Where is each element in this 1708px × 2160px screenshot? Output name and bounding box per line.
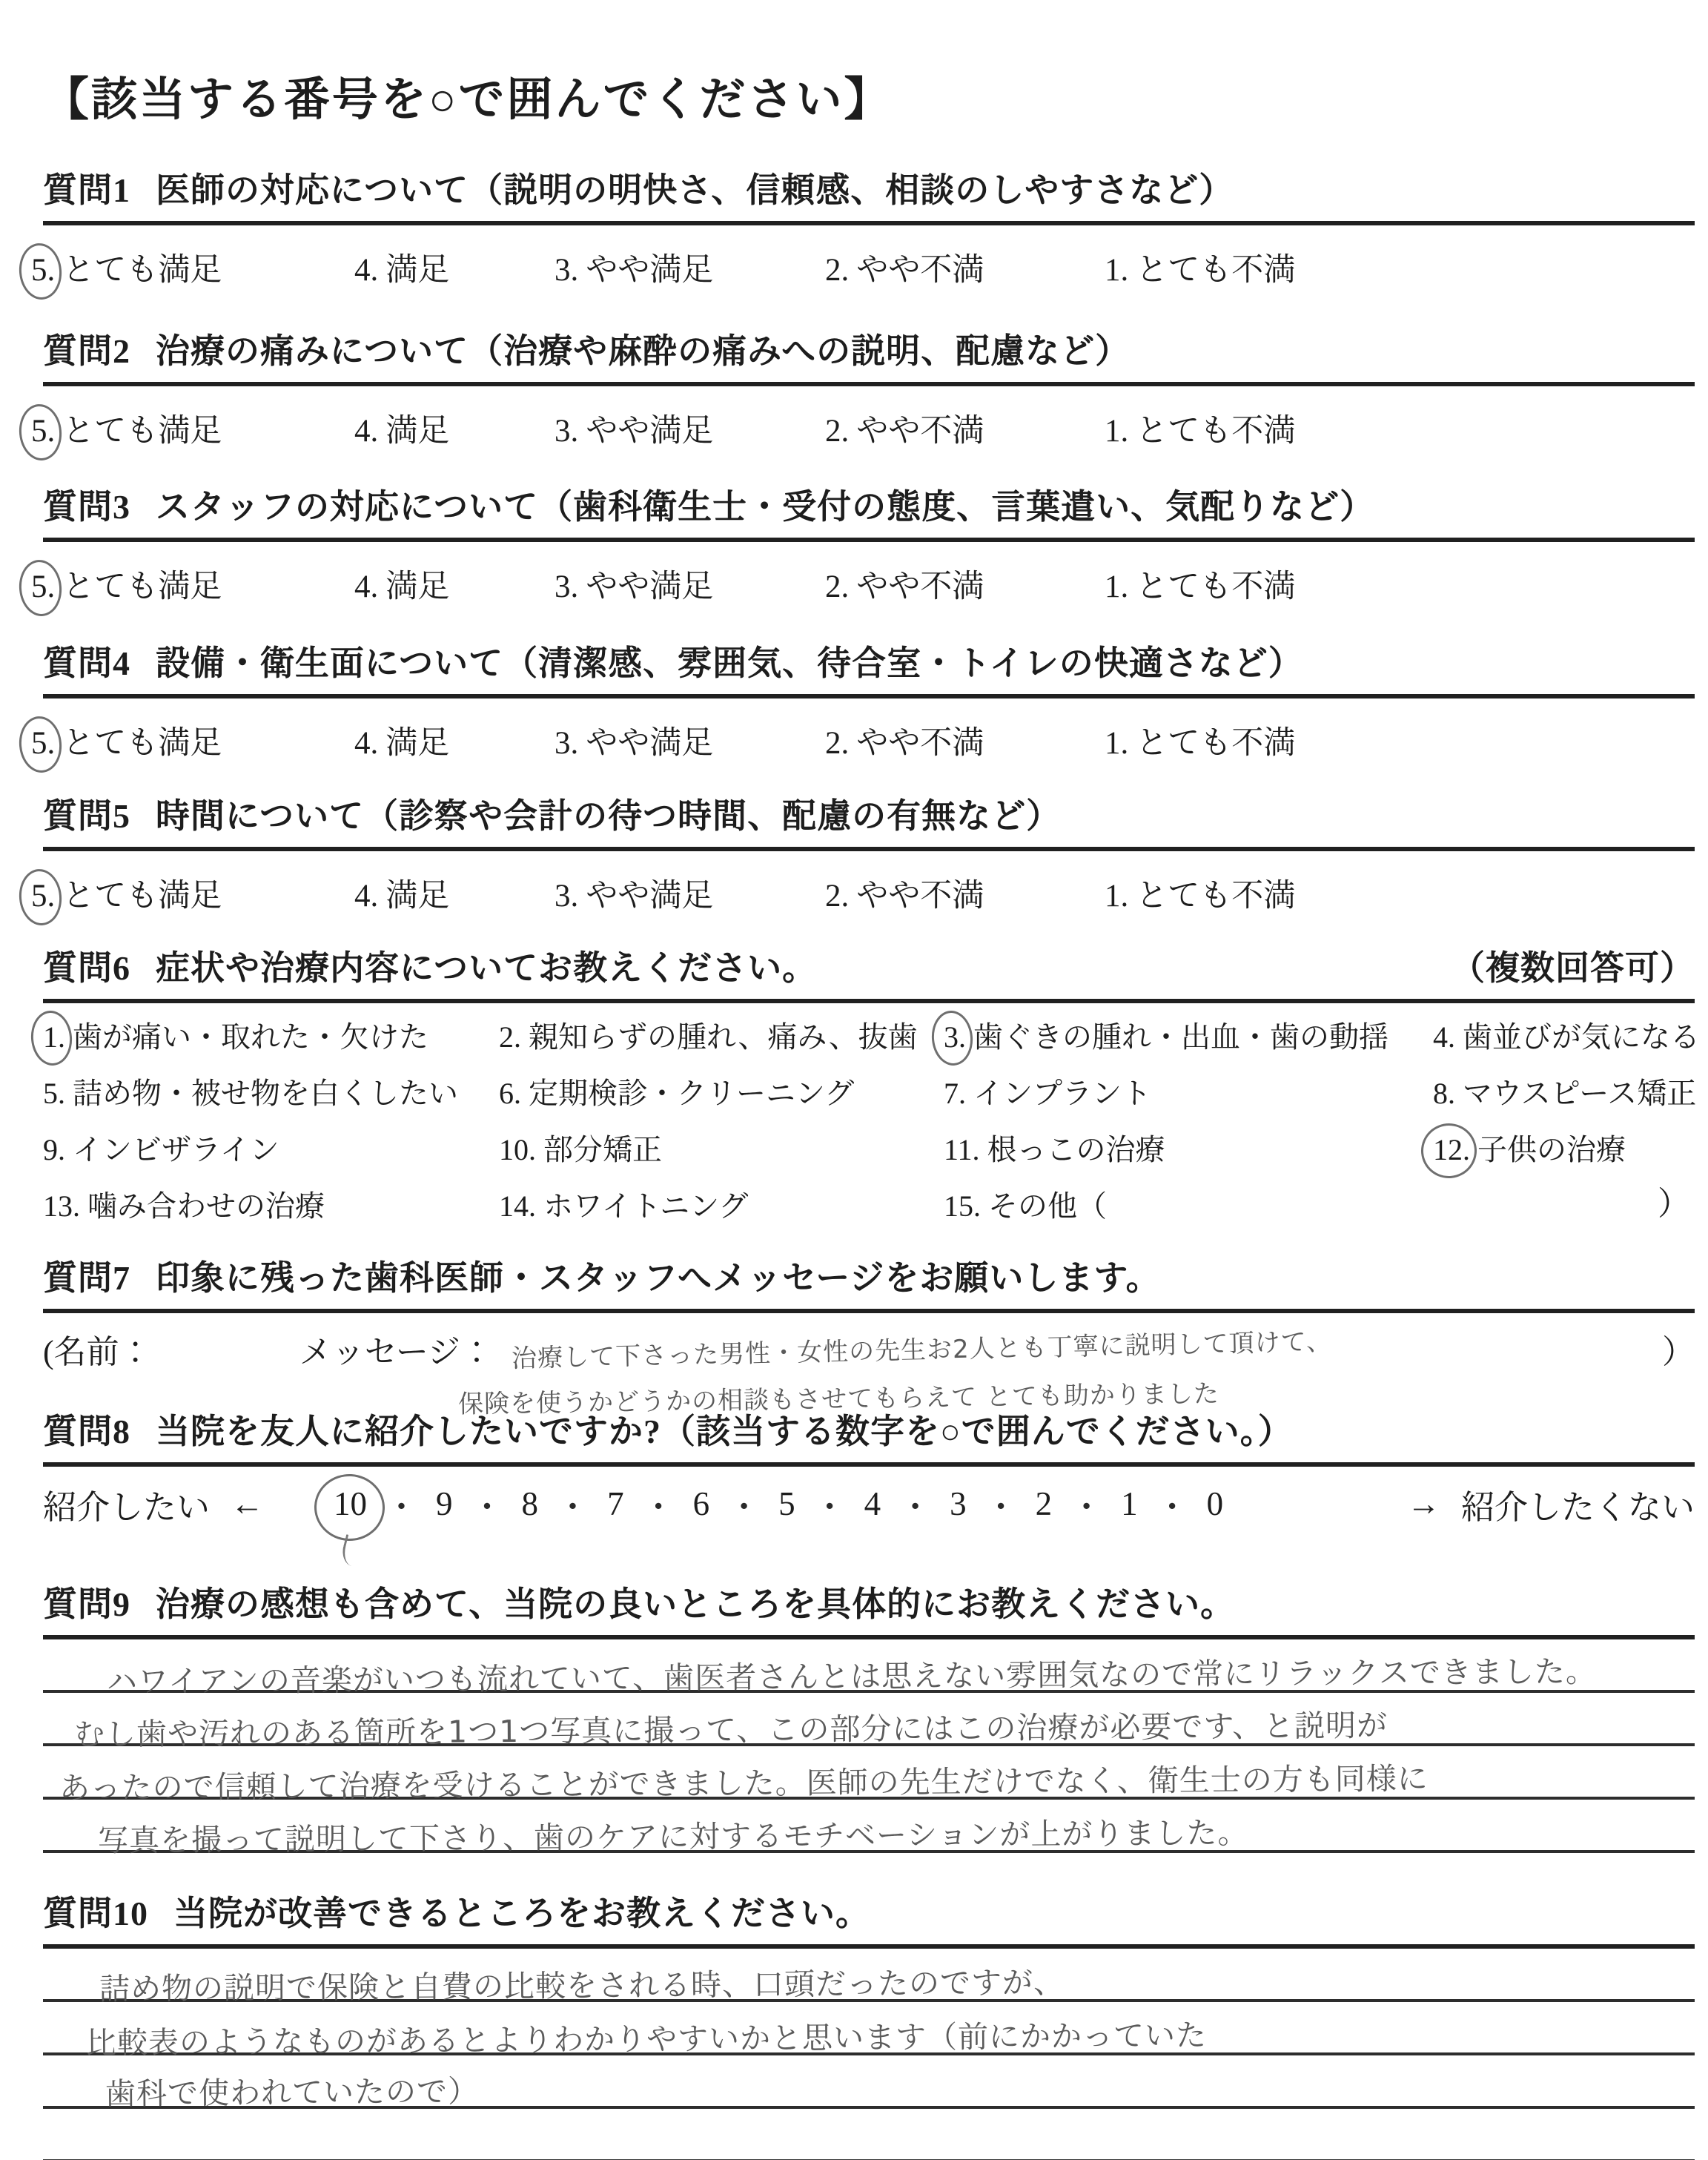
question-number: 質問9 <box>43 1585 130 1623</box>
rating-option-label: 満足 <box>385 253 449 288</box>
rating-option-label: やや不満 <box>856 879 984 914</box>
question-title-group: 質問6症状や治療内容についてお教えください。 <box>43 947 817 990</box>
rating-option-3: 3.やや満足 <box>555 871 713 916</box>
question-3-header: 質問3スタッフの対応について（歯科衛生士・受付の態度、言葉遣い、気配りなど） <box>43 486 1695 542</box>
symptom-item-2: 2.親知らずの腫れ、痛み、抜歯 <box>499 1014 918 1056</box>
rating-option-3: 3.やや満足 <box>555 245 713 290</box>
writing-line: むし歯や汚れのある箇所を1つ1つ写真に撮って、この部分にはこの治療が必要です、と… <box>43 1693 1695 1746</box>
scale-number-3: 3 <box>933 1484 983 1523</box>
circle-mark: 12. <box>1433 1132 1470 1167</box>
rating-option-4: 4.満足 <box>354 718 449 763</box>
writing-line: 比較表のようなものがあるとよりわかりやすいかと思います（前にかかっていた <box>43 2002 1695 2055</box>
message-label: メッセージ： <box>299 1334 493 1370</box>
question-title: 治療の痛みについて <box>156 332 469 370</box>
rating-option-3: 3.やや満足 <box>555 406 713 451</box>
rating-option-label: とても不満 <box>1136 879 1295 914</box>
rating-option-4: 4.満足 <box>354 871 449 916</box>
writing-line: 写真を撮って説明して下さり、歯のケアに対するモチベーションが上がりました。 <box>43 1800 1695 1853</box>
question-number: 質問1 <box>43 171 130 209</box>
question-number: 質問4 <box>43 644 130 682</box>
scale-number-7: 7 <box>591 1484 640 1523</box>
question-note: （清潔感、雰囲気、待合室・トイレの快適さなど） <box>503 644 1303 682</box>
question-3-section: 質問3スタッフの対応について（歯科衛生士・受付の態度、言葉遣い、気配りなど） 5… <box>43 486 1695 612</box>
writing-line-empty <box>43 2109 1695 2160</box>
rating-option-1: 1.とても不満 <box>1105 561 1295 607</box>
symptom-item-15: 15.その他（ <box>944 1183 1107 1225</box>
symptom-item-7: 7.インプラント <box>944 1070 1151 1112</box>
scale-number-10: 10 <box>317 1484 383 1523</box>
circle-mark: 3. <box>944 1020 966 1054</box>
rating-option-3: 3.やや満足 <box>555 718 713 763</box>
rating-options-row: 5.とても満足 4.満足 3.やや満足 2.やや不満 1.とても不満 <box>43 394 1695 456</box>
scale-number-0: 0 <box>1191 1484 1240 1523</box>
rating-options-row: 5.とても満足 4.満足 3.やや満足 2.やや不満 1.とても不満 <box>43 706 1695 768</box>
rating-options-row: 5.とても満足 4.満足 3.やや満足 2.やや不満 1.とても不満 <box>43 859 1695 921</box>
question-4-header: 質問4設備・衛生面について（清潔感、雰囲気、待合室・トイレの快適さなど） <box>43 642 1695 698</box>
rating-option-5: 5.とても満足 <box>31 871 222 916</box>
rating-option-label: とても満足 <box>62 879 222 914</box>
symptom-item-5: 5.詰め物・被せ物を白くしたい <box>43 1070 458 1112</box>
rating-option-label: やや不満 <box>856 253 984 288</box>
page-title: 【該当する番号を○で囲んでください】 <box>43 62 1695 128</box>
question-8-section: 質問8当院を友人に紹介したいですか?（該当する数字を○で囲んでください。） 紹介… <box>43 1410 1695 1528</box>
rating-option-label: とても不満 <box>1136 726 1295 761</box>
symptom-item-1: 1.歯が痛い・取れた・欠けた <box>43 1014 428 1056</box>
rating-option-2: 2.やや不満 <box>825 245 984 290</box>
question-number: 質問2 <box>43 332 130 370</box>
scale-number-6: 6 <box>677 1484 726 1523</box>
question-number: 質問10 <box>43 1895 148 1932</box>
other-close-paren: ） <box>1658 1177 1690 1224</box>
symptom-row-1: 1.歯が痛い・取れた・欠けた 2.親知らずの腫れ、痛み、抜歯 3.歯ぐきの腫れ・… <box>43 1014 1695 1060</box>
rating-option-label: やや不満 <box>856 569 984 604</box>
question-number: 質問6 <box>43 949 130 987</box>
symptom-item-13: 13.噛み合わせの治療 <box>43 1183 325 1225</box>
symptom-item-4: 4.歯並びが気になる <box>1433 1014 1700 1056</box>
rating-option-label: とても満足 <box>62 414 222 449</box>
scale-left-label: 紹介したい <box>43 1480 210 1528</box>
symptom-item-6: 6.定期検診・クリーニング <box>499 1070 854 1112</box>
writing-line: ハワイアンの音楽がいつも流れていて、歯医者さんとは思えない雰囲気なので常にリラッ… <box>43 1639 1695 1693</box>
circle-mark: 1. <box>43 1020 65 1054</box>
handwritten-answer-line: 詰め物の説明で保険と自費の比較をされる時、口頭だったのですが、 <box>99 1958 1065 2008</box>
question-title: スタッフの対応について <box>156 488 538 526</box>
right-arrow-icon: → <box>1407 1484 1440 1523</box>
question-number: 質問3 <box>43 488 130 526</box>
question-5-section: 質問5時間について（診察や会計の待つ時間、配慮の有無など） 5.とても満足 4.… <box>43 795 1695 921</box>
question-6-section: 質問6症状や治療内容についてお教えください。 （複数回答可） 1.歯が痛い・取れ… <box>43 947 1695 1229</box>
question-title: 医師の対応について <box>156 171 469 209</box>
circle-mark: 5. <box>31 413 55 449</box>
circle-mark: 5. <box>31 569 55 605</box>
rating-option-label: やや満足 <box>586 879 713 914</box>
question-title: 設備・衛生面について <box>156 644 503 682</box>
rating-option-label: とても不満 <box>1136 569 1295 604</box>
handwritten-answer-line: 写真を撮って説明して下さり、歯のケアに対するモチベーションが上がりました。 <box>98 1808 1249 1860</box>
symptom-row-4: 13.噛み合わせの治療 14.ホワイトニング 15.その他（ ） <box>43 1183 1695 1229</box>
question-title: 時間について <box>156 797 364 835</box>
question-note: （複数回答可） <box>1451 947 1695 990</box>
rating-option-label: やや不満 <box>856 414 984 449</box>
rating-option-label: やや満足 <box>586 569 713 604</box>
symptom-item-14: 14.ホワイトニング <box>499 1183 748 1225</box>
rating-option-label: 満足 <box>385 726 449 761</box>
handwritten-answer-line: 比較表のようなものがあるとよりわかりやすいかと思います（前にかかっていた <box>86 2010 1207 2062</box>
message-close-paren: ） <box>1662 1325 1695 1373</box>
rating-option-5: 5.とても満足 <box>31 406 222 451</box>
scale-number-4: 4 <box>848 1484 898 1523</box>
writing-line: 歯科で使われていたので） <box>43 2055 1695 2109</box>
question-title: 症状や治療内容についてお教えください。 <box>156 949 817 987</box>
rating-option-4: 4.満足 <box>354 406 449 451</box>
handwritten-answer-line: 歯科で使われていたので） <box>105 2067 479 2113</box>
symptom-item-10: 10.部分矯正 <box>499 1126 662 1169</box>
rating-option-1: 1.とても不満 <box>1105 718 1295 763</box>
scale-number-2: 2 <box>1019 1484 1069 1523</box>
question-title: 当院が改善できるところをお教えください。 <box>173 1895 870 1932</box>
question-1-section: 質問1医師の対応について（説明の明快さ、信頼感、相談のしやすさなど） 5.とても… <box>43 169 1695 295</box>
question-note: （治療や麻酔の痛みへの説明、配慮など） <box>469 332 1130 370</box>
name-label: (名前： <box>43 1334 152 1370</box>
question-10-section: 質問10当院が改善できるところをお教えください。 詰め物の説明で保険と自費の比較… <box>43 1892 1695 2160</box>
question-9-header: 質問9治療の感想も含めて、当院の良いところを具体的にお教えください。 <box>43 1583 1695 1639</box>
circle-mark: 5. <box>31 252 55 288</box>
question-note: （歯科衛生士・受付の態度、言葉遣い、気配りなど） <box>538 488 1374 526</box>
scale-number-8: 8 <box>506 1484 555 1523</box>
question-5-header: 質問5時間について（診察や会計の待つ時間、配慮の有無など） <box>43 795 1695 851</box>
rating-option-label: とても満足 <box>62 253 222 288</box>
rating-option-label: やや不満 <box>856 726 984 761</box>
symptom-item-3: 3.歯ぐきの腫れ・出血・歯の動揺 <box>944 1014 1388 1056</box>
writing-line: あったので信頼して治療を受けることができました。医師の先生だけでなく、衛生士の方… <box>43 1746 1695 1800</box>
symptom-row-2: 5.詰め物・被せ物を白くしたい 6.定期検診・クリーニング 7.インプラント 8… <box>43 1070 1695 1116</box>
question-number: 質問5 <box>43 797 130 835</box>
rating-option-5: 5.とても満足 <box>31 561 222 607</box>
rating-option-2: 2.やや不満 <box>825 406 984 451</box>
scale-number-1: 1 <box>1105 1484 1154 1523</box>
rating-options-row: 5.とても満足 4.満足 3.やや満足 2.やや不満 1.とても不満 <box>43 233 1695 295</box>
symptom-item-8: 8.マウスピース矯正 <box>1433 1070 1696 1112</box>
question-title: 印象に残った歯科医師・スタッフへメッセージをお願いします。 <box>156 1259 1161 1297</box>
rating-option-label: とても満足 <box>62 569 222 604</box>
symptom-item-11: 11.根っこの治療 <box>944 1126 1165 1169</box>
rating-options-row: 5.とても満足 4.満足 3.やや満足 2.やや不満 1.とても不満 <box>43 549 1695 612</box>
rating-option-5: 5.とても満足 <box>31 718 222 763</box>
question-title: 治療の感想も含めて、当院の良いところを具体的にお教えください。 <box>156 1585 1235 1623</box>
question-title: 当院を友人に紹介したいですか?（該当する数字を○で囲んでください。） <box>156 1413 1293 1450</box>
rating-option-label: とても不満 <box>1136 253 1295 288</box>
question-8-header: 質問8当院を友人に紹介したいですか?（該当する数字を○で囲んでください。） <box>43 1410 1695 1467</box>
rating-option-3: 3.やや満足 <box>555 561 713 607</box>
rating-option-label: やや満足 <box>586 414 713 449</box>
symptom-item-12: 12.子供の治療 <box>1433 1126 1626 1169</box>
rating-option-1: 1.とても不満 <box>1105 406 1295 451</box>
rating-option-label: 満足 <box>385 414 449 449</box>
scale-right-group: → 紹介したくない <box>1386 1480 1695 1528</box>
question-1-header: 質問1医師の対応について（説明の明快さ、信頼感、相談のしやすさなど） <box>43 169 1695 225</box>
scale-right-label: 紹介したくない <box>1461 1480 1695 1528</box>
rating-option-1: 1.とても不満 <box>1105 871 1295 916</box>
symptom-row-3: 9.インビザライン 10.部分矯正 11.根っこの治療 12.子供の治療 <box>43 1126 1695 1172</box>
rating-option-label: とても不満 <box>1136 414 1295 449</box>
rating-option-2: 2.やや不満 <box>825 561 984 607</box>
symptom-item-9: 9.インビザライン <box>43 1126 279 1169</box>
rating-option-2: 2.やや不満 <box>825 871 984 916</box>
rating-option-2: 2.やや不満 <box>825 718 984 763</box>
scanned-survey-form: { "page_title": "【該当する番号を○で囲んでください】", "r… <box>0 0 1708 2160</box>
question-2-section: 質問2治療の痛みについて（治療や麻酔の痛みへの説明、配慮など） 5.とても満足 … <box>43 330 1695 456</box>
question-2-header: 質問2治療の痛みについて（治療や麻酔の痛みへの説明、配慮など） <box>43 330 1695 386</box>
question-10-header: 質問10当院が改善できるところをお教えください。 <box>43 1892 1695 1949</box>
nps-scale-row: 紹介したい ← 10 ・ 9 ・ 8 ・ 7 ・ 6 ・ 5 ・ 4 ・ 3 ・… <box>43 1480 1695 1528</box>
rating-option-label: 満足 <box>385 569 449 604</box>
question-note: （説明の明快さ、信頼感、相談のしやすさなど） <box>469 171 1234 209</box>
question-9-section: 質問9治療の感想も含めて、当院の良いところを具体的にお教えください。 ハワイアン… <box>43 1583 1695 1853</box>
handwritten-message-line-1: 治療して下さった男性・女性の先生お2人とも丁寧に説明して頂けて、 <box>512 1321 1333 1374</box>
question-number: 質問7 <box>43 1259 130 1297</box>
rating-option-4: 4.満足 <box>354 561 449 607</box>
rating-option-label: 満足 <box>385 879 449 914</box>
rating-option-5: 5.とても満足 <box>31 245 222 290</box>
question-4-section: 質問4設備・衛生面について（清潔感、雰囲気、待合室・トイレの快適さなど） 5.と… <box>43 642 1695 768</box>
circle-mark: 5. <box>31 878 55 914</box>
left-arrow-icon: ← <box>231 1484 264 1523</box>
rating-option-label: やや満足 <box>586 253 713 288</box>
writing-line: 詰め物の説明で保険と自費の比較をされる時、口頭だったのですが、 <box>43 1949 1695 2002</box>
scale-number-5: 5 <box>762 1484 812 1523</box>
rating-option-4: 4.満足 <box>354 245 449 290</box>
question-6-header: 質問6症状や治療内容についてお教えください。 （複数回答可） <box>43 947 1695 1003</box>
question-7-header: 質問7印象に残った歯科医師・スタッフへメッセージをお願いします。 <box>43 1257 1695 1313</box>
scale-number-9: 9 <box>420 1484 469 1523</box>
question-note: （診察や会計の待つ時間、配慮の有無など） <box>364 797 1061 835</box>
rating-option-label: とても満足 <box>62 726 222 761</box>
rating-option-1: 1.とても不満 <box>1105 245 1295 290</box>
rating-option-label: やや満足 <box>586 726 713 761</box>
circle-mark: 5. <box>31 725 55 762</box>
question-number: 質問8 <box>43 1413 130 1450</box>
